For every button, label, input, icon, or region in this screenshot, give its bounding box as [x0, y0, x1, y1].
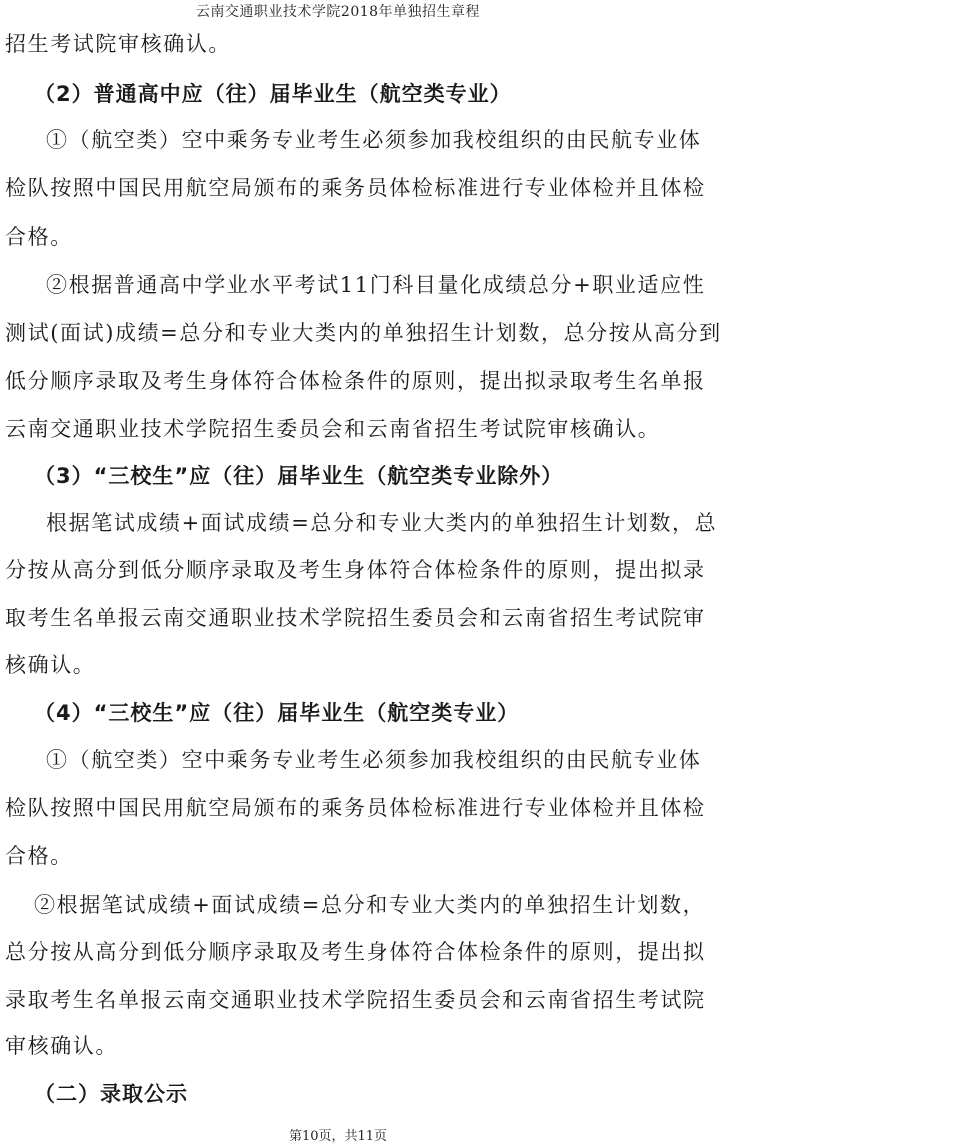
paragraph-line: 合格。 [5, 841, 675, 871]
paragraph-line: ①（航空类）空中乘务专业考生必须参加我校组织的由民航专业体 [46, 125, 716, 155]
paragraph-line: 招生考试院审核确认。 [5, 29, 675, 59]
section-heading-4: （4）“三校生”应（往）届毕业生（航空类专业） [34, 698, 704, 728]
paragraph-line: 测试(面试)成绩=总分和专业大类内的单独招生计划数，总分按从高分到 [5, 318, 675, 348]
paragraph-line: 分按从高分到低分顺序录取及考生身体符合体检条件的原则，提出拟录 [5, 555, 675, 585]
paragraph-line: 低分顺序录取及考生身体符合体检条件的原则，提出拟录取考生名单报 [5, 366, 675, 396]
paragraph-line: 核确认。 [5, 650, 675, 680]
paragraph-line: 检队按照中国民用航空局颁布的乘务员体检标准进行专业体检并且体检 [5, 793, 675, 823]
paragraph-line: 审核确认。 [5, 1031, 675, 1061]
section-heading-3: （3）“三校生”应（往）届毕业生（航空类专业除外） [34, 461, 704, 491]
page-number: 第10页，共11页 [0, 1128, 676, 1146]
page-header: 云南交通职业技术学院2018年单独招生章程 [0, 2, 676, 22]
paragraph-line: ②根据普通高中学业水平考试11门科目量化成绩总分+职业适应性 [46, 270, 716, 300]
paragraph-line: 云南交通职业技术学院招生委员会和云南省招生考试院审核确认。 [5, 414, 675, 444]
section-heading-admission-notice: （二）录取公示 [34, 1079, 704, 1109]
paragraph-line: ②根据笔试成绩+面试成绩=总分和专业大类内的单独招生计划数， [34, 890, 704, 920]
paragraph-line: 录取考生名单报云南交通职业技术学院招生委员会和云南省招生考试院 [5, 985, 675, 1015]
paragraph-line: 总分按从高分到低分顺序录取及考生身体符合体检条件的原则，提出拟 [5, 937, 675, 967]
paragraph-line: 检队按照中国民用航空局颁布的乘务员体检标准进行专业体检并且体检 [5, 173, 675, 203]
paragraph-line: 根据笔试成绩+面试成绩=总分和专业大类内的单独招生计划数，总 [46, 508, 716, 538]
paragraph-line: ①（航空类）空中乘务专业考生必须参加我校组织的由民航专业体 [46, 745, 716, 775]
paragraph-line: 合格。 [5, 222, 675, 252]
paragraph-line: 取考生名单报云南交通职业技术学院招生委员会和云南省招生考试院审 [5, 603, 675, 633]
section-heading-2: （2）普通高中应（往）届毕业生（航空类专业） [34, 79, 704, 109]
